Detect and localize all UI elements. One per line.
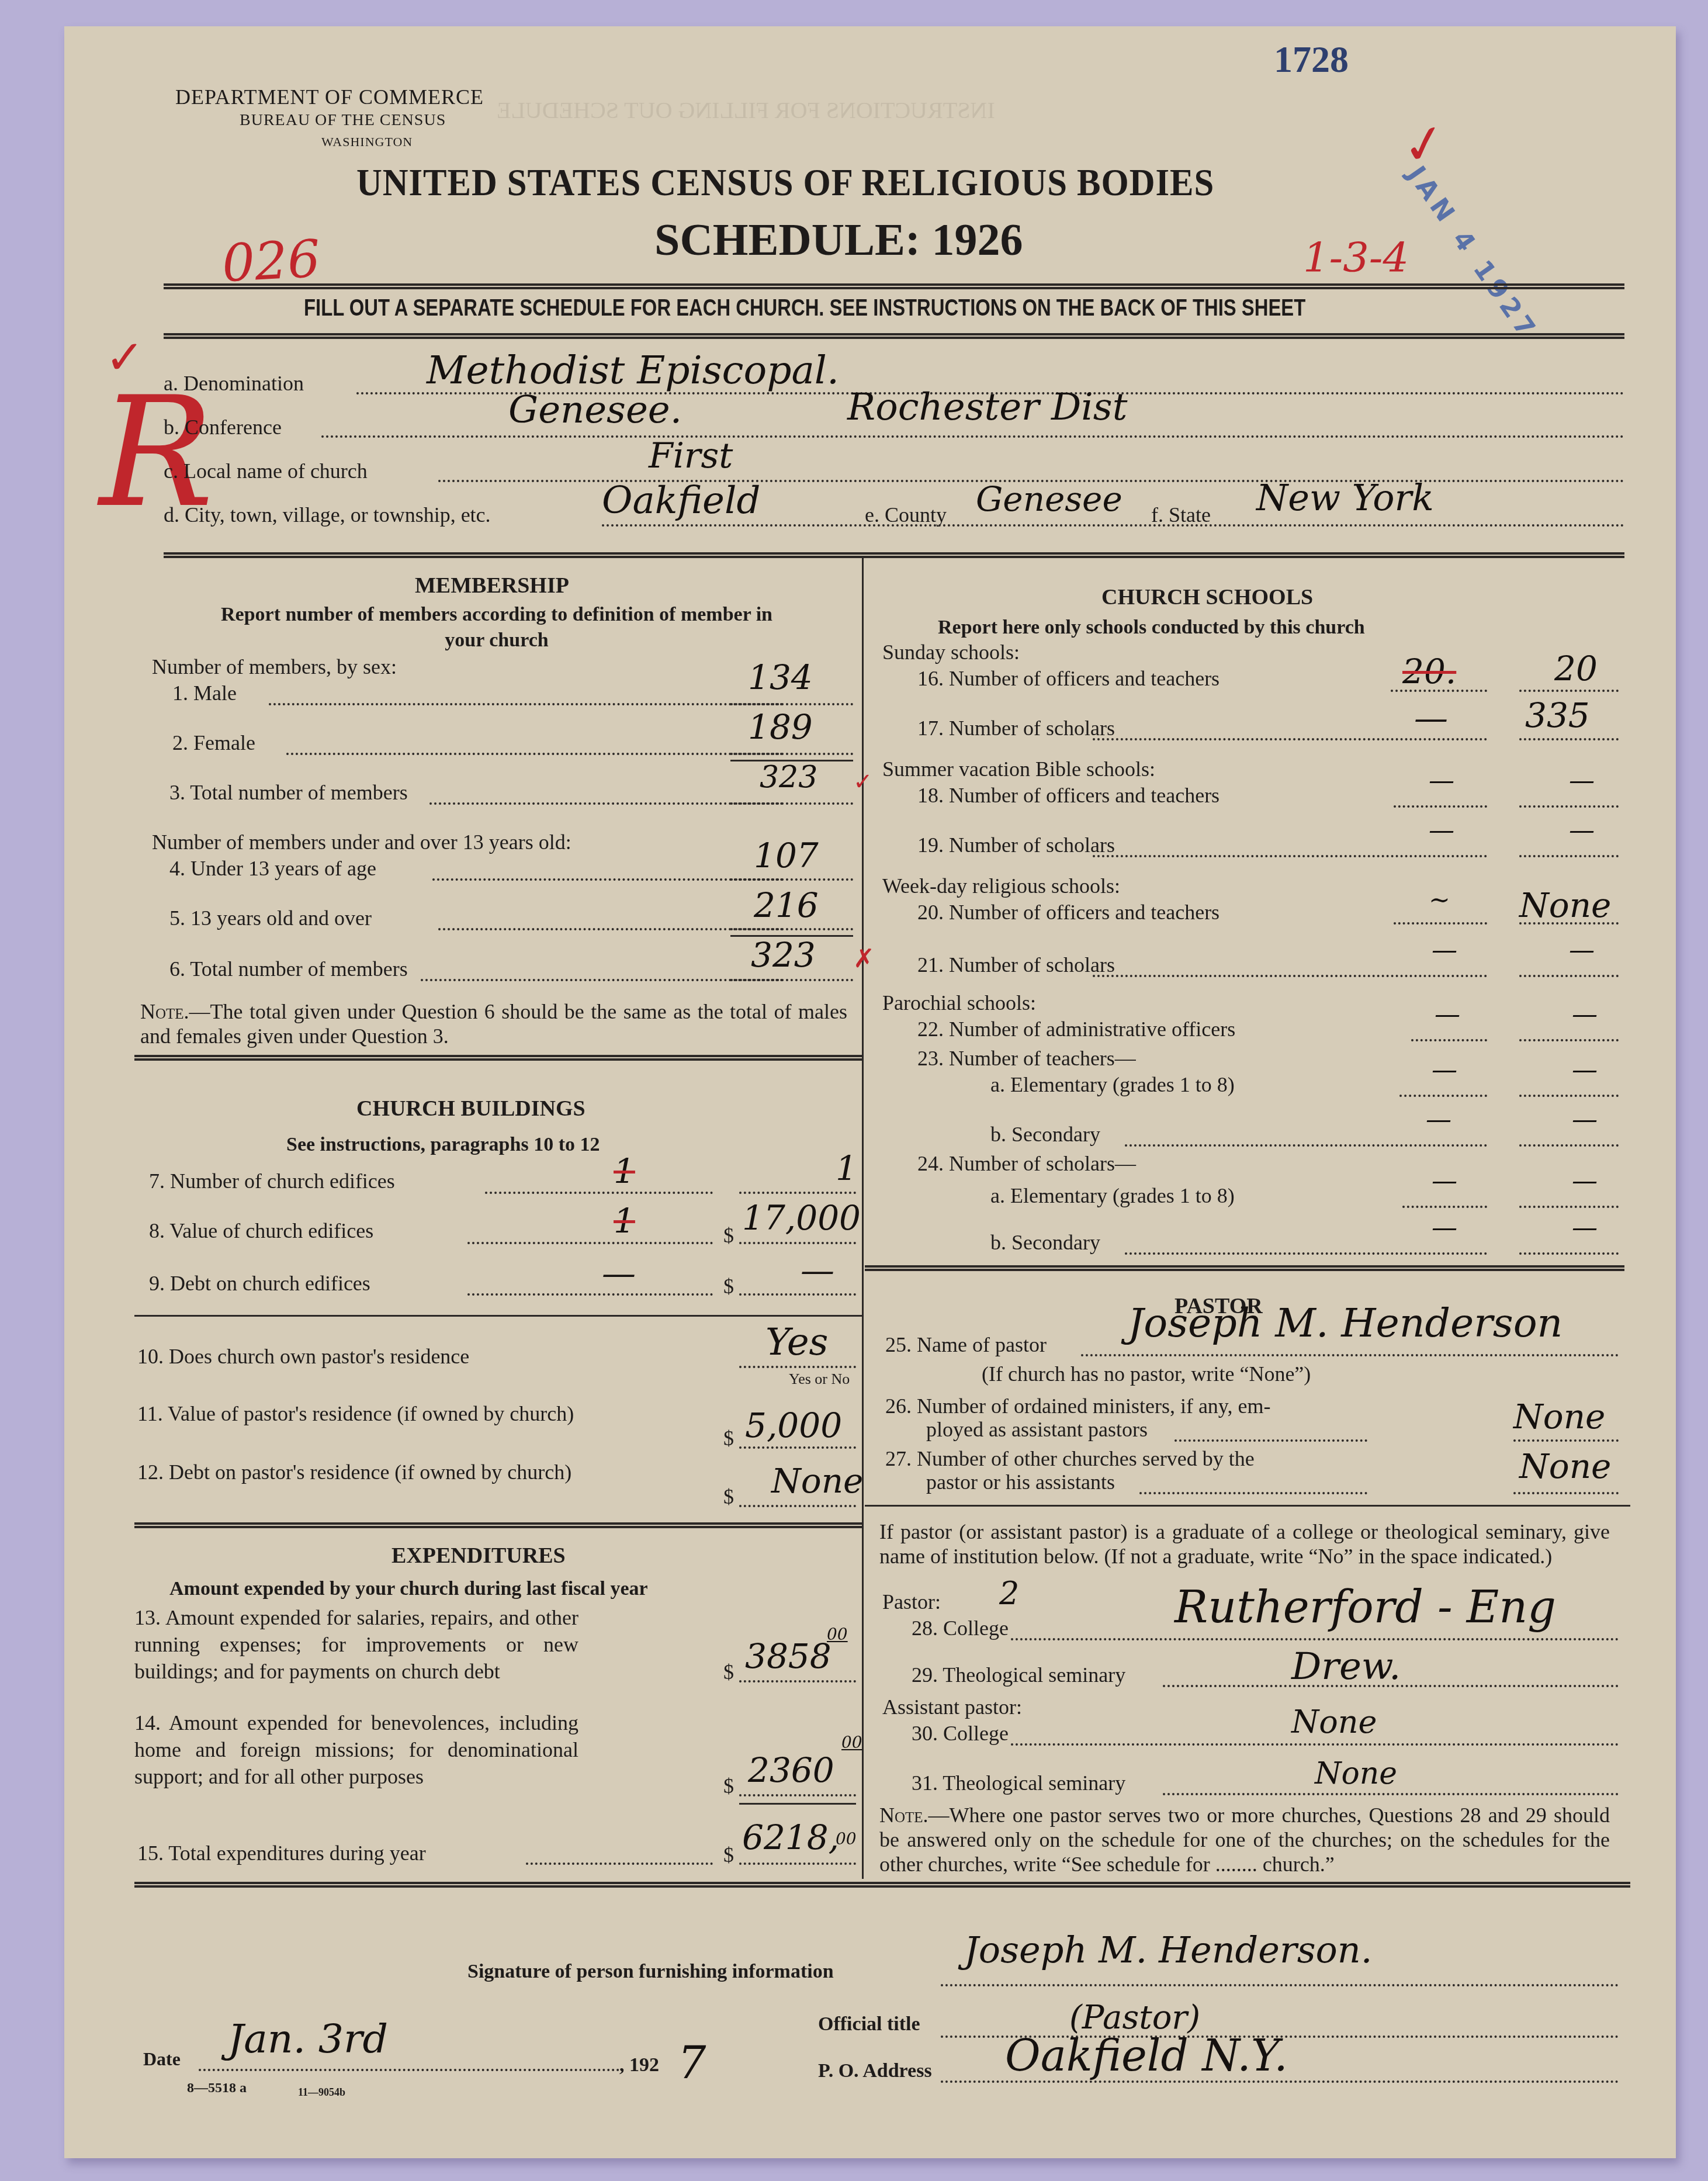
- owns-residence-label: 10. Does church own pastor's residence: [137, 1344, 469, 1369]
- under-13-label: 4. Under 13 years of age: [169, 856, 376, 881]
- female-answer-line: [730, 753, 853, 755]
- summer-officers-col1-line: [1394, 805, 1487, 808]
- dollar-sign: $: [723, 1274, 734, 1299]
- parochial-teachers-sec-col2-field[interactable]: —: [1572, 1105, 1598, 1134]
- running-expenses-answer-line: [739, 1680, 856, 1683]
- residence-value-label: 11. Value of pastor's residence (if owne…: [137, 1400, 581, 1428]
- summer-scholars-label: 19. Number of scholars: [917, 833, 1115, 857]
- edifices-value-struck: 1: [614, 1201, 635, 1241]
- bleed-through-heading: INSTRUCTIONS FOR FILLING OUT SCHEDULE: [497, 96, 995, 124]
- sunday-scholars-col1-line: [1093, 738, 1487, 740]
- assistant-pastors-label-1: 26. Number of ordained ministers, if any…: [885, 1394, 1271, 1418]
- stamp-number: 1728: [1274, 38, 1349, 81]
- residence-value-answer-line: [739, 1446, 856, 1449]
- state-label: f. State: [1151, 503, 1211, 527]
- bureau-label: BUREAU OF THE CENSUS: [240, 111, 446, 130]
- summer-scholars-col2-field[interactable]: —: [1569, 815, 1595, 845]
- under-13-field[interactable]: 107: [754, 836, 819, 875]
- location-line: [602, 524, 1624, 527]
- summer-officers-label: 18. Number of officers and teachers: [917, 783, 1219, 808]
- column-divider: [862, 558, 864, 1879]
- summer-officers-col2-field[interactable]: —: [1569, 766, 1595, 795]
- edifices-count-struck: 1: [614, 1151, 635, 1191]
- yes-or-no-hint: Yes or No: [789, 1370, 850, 1388]
- female-count-field[interactable]: 189: [748, 707, 813, 747]
- form-title: UNITED STATES CENSUS OF RELIGIOUS BODIES: [356, 161, 1214, 205]
- state-field[interactable]: New York: [1256, 476, 1434, 519]
- denomination-label: a. Denomination: [164, 371, 304, 396]
- residence-debt-field[interactable]: None: [771, 1461, 863, 1501]
- note-prefix: Note.: [140, 1000, 189, 1023]
- parochial-teachers-elem-col2-line: [1519, 1095, 1619, 1097]
- expenditures-subtitle: Amount expended by your church during la…: [169, 1578, 648, 1600]
- pastor-name-line: [1081, 1354, 1619, 1356]
- received-date-stamp: JAN 4 1927: [1401, 161, 1543, 346]
- residence-value-field[interactable]: 5,000: [745, 1405, 842, 1445]
- weekday-officers-col1: ~: [1429, 885, 1450, 915]
- parochial-admin-col2-line: [1519, 1039, 1619, 1041]
- edifices-count-label: 7. Number of church edifices: [149, 1169, 395, 1193]
- assistant-college-field[interactable]: None: [1291, 1704, 1377, 1740]
- pastor-name-field[interactable]: Joseph M. Henderson: [1128, 1300, 1563, 1346]
- other-churches-field[interactable]: None: [1519, 1446, 1611, 1486]
- sunday-scholars-label: 17. Number of scholars: [917, 716, 1115, 740]
- other-churches-label-2: pastor or his assistants: [926, 1470, 1115, 1494]
- running-expenses-label: 13. Amount expended for salaries, repair…: [134, 1604, 578, 1685]
- local-name-label: c. Local name of church: [164, 459, 368, 483]
- identification-rule: [164, 552, 1624, 558]
- conference-label: b. Conference: [164, 415, 282, 439]
- owns-residence-field[interactable]: Yes: [765, 1321, 828, 1364]
- total-members-2-label: 6. Total number of members: [169, 957, 408, 981]
- membership-rule: [134, 1055, 862, 1061]
- conference-line: [321, 435, 1624, 438]
- note-text: —The total given under Question 6 should…: [140, 1000, 847, 1048]
- buildings-rule: [134, 1315, 862, 1317]
- college-label: 28. College: [912, 1616, 1009, 1640]
- residence-rule: [134, 1522, 862, 1528]
- other-churches-line: [1139, 1492, 1367, 1494]
- weekday-scholars-label: 21. Number of scholars: [917, 953, 1115, 977]
- under-13-answer-line: [730, 878, 853, 881]
- county-field[interactable]: Genesee: [976, 479, 1123, 519]
- signature-label: Signature of person furnishing informati…: [467, 1961, 834, 1983]
- body-bottom-rule: [134, 1882, 1630, 1888]
- dollar-sign: $: [723, 1660, 734, 1684]
- date-line: [199, 2069, 619, 2071]
- edifices-debt-line: [467, 1293, 713, 1296]
- weekday-scholars-col1: —: [1432, 935, 1457, 965]
- male-answer-line: [730, 703, 853, 705]
- conference-red-annotation: Rochester Dist: [847, 386, 1127, 429]
- census-schedule-sheet: INSTRUCTIONS FOR FILLING OUT SCHEDULE DE…: [64, 26, 1676, 2158]
- conference-field[interactable]: Genesee.: [508, 389, 682, 432]
- po-address-field[interactable]: Oakfield N.Y.: [1005, 2031, 1288, 2081]
- parochial-scholars-sec-label: b. Secondary: [990, 1230, 1100, 1255]
- residence-debt-label: 12. Debt on pastor's residence (if owned…: [137, 1458, 581, 1486]
- sunday-officers-col2-line: [1519, 690, 1619, 692]
- total-expenditures-field[interactable]: 6218,: [742, 1817, 839, 1857]
- total-members-2-field[interactable]: 323: [751, 935, 816, 975]
- parochial-teachers-elem-col1: —: [1432, 1055, 1457, 1085]
- edifices-debt-answer-line: [739, 1293, 856, 1296]
- total-expenditures-answer-line: [739, 1862, 856, 1865]
- parochial-admin-col2-field[interactable]: —: [1572, 999, 1598, 1029]
- church-schools-title: CHURCH SCHOOLS: [1101, 584, 1313, 610]
- edifices-debt-struck: —: [602, 1254, 636, 1293]
- edifices-count-answer-line: [739, 1192, 856, 1194]
- summer-scholars-col1: —: [1429, 815, 1454, 845]
- parochial-scholars-sec-col2-line: [1519, 1252, 1619, 1255]
- instructions-banner: FILL OUT A SEPARATE SCHEDULE FOR EACH CH…: [304, 295, 1305, 321]
- parochial-admin-col1-line: [1411, 1039, 1487, 1041]
- summer-officers-col1: —: [1429, 766, 1454, 795]
- other-churches-answer-line: [1513, 1492, 1619, 1494]
- assistant-pastor-heading: Assistant pastor:: [882, 1695, 1022, 1719]
- church-buildings-subtitle: See instructions, paragraphs 10 to 12: [286, 1134, 600, 1156]
- benevolences-field[interactable]: 2360: [748, 1750, 834, 1790]
- owns-residence-answer-line: [739, 1366, 856, 1368]
- schedule-year: SCHEDULE: 1926: [654, 213, 1023, 266]
- red-date-mark: 1-3-4: [1303, 234, 1409, 282]
- red-tick-icon: ✓: [853, 768, 873, 795]
- over-13-answer-line: [730, 928, 853, 930]
- dollar-sign: $: [723, 1426, 734, 1450]
- header-rule-top: [164, 283, 1624, 289]
- edifices-count-line: [485, 1192, 713, 1194]
- weekday-scholars-col2-line: [1519, 975, 1619, 977]
- other-churches-label-1: 27. Number of other churches served by t…: [885, 1446, 1255, 1471]
- weekday-scholars-col1-line: [1093, 975, 1487, 977]
- sunday-officers-label: 16. Number of officers and teachers: [917, 666, 1219, 691]
- pastor-rule: [865, 1505, 1630, 1507]
- dollar-sign: $: [723, 1843, 734, 1867]
- official-title-label: Official title: [818, 2013, 920, 2035]
- parochial-teachers-sec-col2-line: [1519, 1144, 1619, 1147]
- benevolences-answer-line: [739, 1794, 856, 1796]
- parochial-admin-col1: —: [1435, 999, 1460, 1029]
- male-count-field[interactable]: 134: [748, 657, 813, 697]
- schools-rule: [865, 1265, 1624, 1271]
- edifices-debt-field[interactable]: —: [801, 1251, 834, 1290]
- county-label: e. County: [865, 503, 947, 527]
- parochial-scholars-elem-col1: —: [1432, 1166, 1457, 1196]
- total-expenditures-cents: 00: [836, 1829, 857, 1848]
- sunday-officers-col2-field[interactable]: 20: [1554, 649, 1598, 688]
- parochial-scholars-sec-col2-field[interactable]: —: [1572, 1213, 1598, 1242]
- weekday-officers-col2-field[interactable]: None: [1519, 885, 1611, 925]
- male-line: [269, 703, 783, 705]
- sunday-scholars-col2-line: [1519, 738, 1619, 740]
- church-schools-subtitle: Report here only schools conducted by th…: [938, 617, 1365, 639]
- by-age-heading: Number of members under and over 13 year…: [152, 830, 571, 854]
- parochial-scholars-elem-col2-field[interactable]: —: [1572, 1166, 1598, 1196]
- female-line: [286, 753, 783, 755]
- summer-officers-col2-line: [1519, 805, 1619, 808]
- parochial-teachers-elem-col1-line: [1399, 1095, 1487, 1097]
- dollar-sign: $: [723, 1774, 734, 1798]
- note-prefix: Note.: [879, 1803, 929, 1827]
- parochial-scholars-elem-col1-line: [1402, 1206, 1487, 1208]
- summer-scholars-col2-line: [1519, 855, 1619, 857]
- po-address-label: P. O. Address: [818, 2060, 932, 2082]
- expenditures-title: EXPENDITURES: [392, 1543, 566, 1569]
- sunday-schools-heading: Sunday schools:: [882, 640, 1020, 664]
- city-label: WASHINGTON: [321, 134, 413, 150]
- college-line: [1011, 1638, 1619, 1640]
- pastor-heading: Pastor:: [882, 1590, 941, 1614]
- parochial-scholars-elem-label: a. Elementary (grades 1 to 8): [990, 1183, 1235, 1208]
- assistant-pastors-line: [1175, 1439, 1367, 1442]
- total-members-field[interactable]: 323: [760, 760, 817, 795]
- assistant-pastors-answer-line: [1513, 1439, 1619, 1442]
- parochial-teachers-sec-label: b. Secondary: [990, 1122, 1100, 1147]
- dollar-sign: $: [723, 1484, 734, 1509]
- edifices-value-answer-line: [739, 1242, 856, 1244]
- parochial-scholars-elem-col2-line: [1519, 1206, 1619, 1208]
- running-expenses-field[interactable]: 3858: [745, 1636, 832, 1676]
- pastor-note: Note.—Where one pastor serves two or mor…: [879, 1803, 1610, 1877]
- parochial-admin-label: 22. Number of administrative officers: [917, 1017, 1235, 1041]
- red-x-icon: ✗: [853, 944, 875, 974]
- college-field[interactable]: Rutherford - Eng: [1175, 1581, 1556, 1633]
- over-13-label: 5. 13 years old and over: [169, 906, 372, 930]
- date-label: Date: [143, 2048, 181, 2070]
- print-number: 11—9054b: [298, 2086, 345, 2099]
- edifices-value-label: 8. Value of church edifices: [149, 1218, 373, 1243]
- parochial-teachers-elem-label: a. Elementary (grades 1 to 8): [990, 1072, 1235, 1097]
- pastor-name-hint: (If church has no pastor, write “None”): [982, 1362, 1311, 1386]
- pastor-red-mark: 2: [999, 1575, 1019, 1612]
- benevolences-cents: 00: [841, 1733, 862, 1752]
- male-label: 1. Male: [172, 681, 237, 705]
- membership-title: MEMBERSHIP: [415, 573, 569, 598]
- sum-rule-3: [739, 1803, 856, 1805]
- church-buildings-title: CHURCH BUILDINGS: [356, 1096, 585, 1121]
- total-expenditures-label: 15. Total expenditures during year: [137, 1841, 426, 1865]
- assistant-seminary-line: [1163, 1793, 1619, 1795]
- total-expenditures-line: [526, 1862, 713, 1865]
- weekday-schools-heading: Week-day religious schools:: [882, 874, 1120, 898]
- edifices-value-field[interactable]: 17,000: [742, 1198, 861, 1238]
- pastor-name-label: 25. Name of pastor: [885, 1332, 1047, 1357]
- seminary-field[interactable]: Drew.: [1291, 1645, 1401, 1688]
- assistant-pastors-label-2: ployed as assistant pastors: [926, 1417, 1148, 1442]
- parochial-teachers-label: 23. Number of teachers—: [917, 1046, 1136, 1071]
- sunday-scholars-col1: —: [1414, 698, 1448, 738]
- date-field[interactable]: Jan. 3rd: [228, 2016, 388, 2062]
- parochial-scholars-label: 24. Number of scholars—: [917, 1151, 1136, 1176]
- parochial-teachers-sec-col1: —: [1426, 1105, 1451, 1134]
- checkmark-icon: ✓: [1397, 110, 1451, 179]
- parochial-teachers-elem-col2-field[interactable]: —: [1572, 1055, 1598, 1085]
- seminary-label: 29. Theological seminary: [912, 1663, 1125, 1687]
- header-rule-bottom: [164, 333, 1624, 339]
- parochial-scholars-sec-col1-line: [1125, 1252, 1487, 1255]
- assistant-pastors-field[interactable]: None: [1513, 1397, 1605, 1436]
- residence-debt-answer-line: [739, 1505, 856, 1507]
- denomination-field[interactable]: Methodist Episcopal.: [427, 348, 839, 393]
- by-sex-heading: Number of members, by sex:: [152, 655, 397, 679]
- year-prefix: , 192: [619, 2054, 659, 2076]
- total-members-2-answer-line: [730, 979, 853, 981]
- form-number: 8—5518 a: [187, 2080, 247, 2096]
- assistant-seminary-label: 31. Theological seminary: [912, 1771, 1125, 1795]
- membership-note: Note.—The total given under Question 6 s…: [140, 999, 847, 1048]
- assistant-college-label: 30. College: [912, 1721, 1009, 1746]
- membership-subtitle: Report number of members according to de…: [205, 602, 789, 653]
- assistant-seminary-field[interactable]: None: [1315, 1756, 1397, 1791]
- local-name-field[interactable]: First: [649, 435, 733, 476]
- city-label-d: d. City, town, village, or township, etc…: [164, 503, 491, 527]
- running-expenses-cents: 00: [827, 1625, 848, 1644]
- year-field[interactable]: 7: [678, 2037, 706, 2089]
- sunday-scholars-col2-field[interactable]: 335: [1525, 695, 1590, 735]
- dollar-sign: $: [723, 1223, 734, 1248]
- total-members-label: 3. Total number of members: [169, 780, 408, 805]
- benevolences-label: 14. Amount expended for benevolences, in…: [134, 1709, 578, 1790]
- over-13-field[interactable]: 216: [754, 885, 819, 925]
- weekday-scholars-col2-field[interactable]: —: [1569, 935, 1595, 965]
- parochial-teachers-sec-col1-line: [1125, 1144, 1487, 1147]
- note-text: —Where one pastor serves two or more chu…: [879, 1803, 1610, 1876]
- weekday-officers-label: 20. Number of officers and teachers: [917, 900, 1219, 925]
- edifices-count-field[interactable]: 1: [836, 1148, 857, 1188]
- signature-line: [941, 1984, 1619, 1986]
- department-label: DEPARTMENT OF COMMERCE: [175, 85, 484, 109]
- summer-scholars-col1-line: [1093, 855, 1487, 857]
- edifices-value-line: [467, 1242, 713, 1244]
- edifices-debt-label: 9. Debt on church edifices: [149, 1271, 370, 1296]
- weekday-officers-col1-line: [1394, 922, 1487, 925]
- signature-field[interactable]: Joseph M. Henderson.: [964, 1929, 1372, 1971]
- summer-schools-heading: Summer vacation Bible schools:: [882, 757, 1155, 781]
- assistant-college-line: [1011, 1743, 1619, 1746]
- female-label: 2. Female: [172, 731, 255, 755]
- graduate-instructions: If pastor (or assistant pastor) is a gra…: [879, 1519, 1610, 1569]
- parochial-schools-heading: Parochial schools:: [882, 991, 1036, 1015]
- parochial-scholars-sec-col1: —: [1432, 1213, 1457, 1242]
- sunday-officers-col1: 20.: [1402, 652, 1456, 691]
- total-members-2-line: [421, 979, 783, 981]
- city-field[interactable]: Oakfield: [602, 479, 760, 522]
- total-members-answer-line: [730, 802, 853, 805]
